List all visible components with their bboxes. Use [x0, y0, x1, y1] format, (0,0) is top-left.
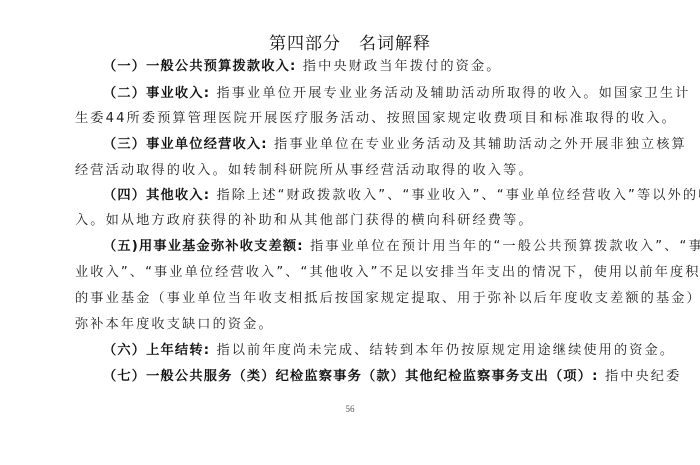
- definition-text: 业收入”、“事业单位经营收入”、“其他收入”不足以安排当年支出的情况下，使用以前…: [75, 265, 700, 280]
- definition-fund-supplement-line-1: （五)用事业基金弥补收支差额: 指事业单位在预计用当年的“一般公共预算拨款收入”…: [103, 238, 631, 256]
- definition-operating-income-line-2: 经营活动取得的收入。如转制科研院所从事经营活动取得的收入等。: [75, 162, 631, 180]
- title-part: 第四部分: [269, 34, 341, 54]
- definition-text: 的事业基金（事业单位当年收支相抵后按国家规定提取、用于弥补以后年度收支差额的基金…: [75, 291, 700, 306]
- definition-fund-supplement-line-4: 弥补本年度收支缺口的资金。: [75, 316, 631, 334]
- term: （五)用事业基金弥补收支差额:: [103, 239, 304, 254]
- definition-text: 指以前年度尚未完成、结转到本年仍按原规定用途继续使用的资金。: [210, 343, 675, 358]
- definition-text: 指除上述“财政拨款收入”、“事业收入”、“事业单位经营收入”等以外的收: [210, 188, 700, 203]
- definition-business-income-line-2: 生委44所委预算管理医院开展医疗服务活动、按照国家规定收费项目和标准取得的收入。: [75, 110, 631, 128]
- page-number: 56: [0, 404, 700, 414]
- definition-text: 指事业单位开展专业业务活动及辅助活动所取得的收入。如国家卫生计: [210, 86, 690, 101]
- definition-text: 指中央纪委: [599, 369, 682, 384]
- definition-text: 入。如从地方政府获得的补助和从其他部门获得的横向科研经费等。: [75, 213, 534, 228]
- definition-business-income-line-1: （二）事业收入: 指事业单位开展专业业务活动及辅助活动所取得的收入。如国家卫生计: [103, 85, 631, 103]
- term: （二）事业收入:: [103, 86, 210, 101]
- term: （六）上年结转:: [103, 343, 210, 358]
- definition-other-income-line-2: 入。如从地方政府获得的补助和从其他部门获得的横向科研经费等。: [75, 212, 631, 230]
- term: （七）一般公共服务（类）纪检监察事务（款）其他纪检监察事务支出（项）:: [103, 369, 599, 384]
- definition-fund-supplement-line-3: 的事业基金（事业单位当年收支相抵后按国家规定提取、用于弥补以后年度收支差额的基金…: [75, 290, 631, 308]
- definition-fund-supplement-line-2: 业收入”、“事业单位经营收入”、“其他收入”不足以安排当年支出的情况下，使用以前…: [75, 264, 631, 282]
- definition-other-income-line-1: （四）其他收入: 指除上述“财政拨款收入”、“事业收入”、“事业单位经营收入”等…: [103, 187, 631, 205]
- definition-operating-income-line-1: （三）事业单位经营收入: 指事业单位在专业业务活动及其辅助活动之外开展非独立核算: [103, 136, 631, 154]
- definition-text: 指事业单位在预计用当年的“一般公共预算拨款收入”、“事: [304, 239, 700, 254]
- definition-discipline-inspection-line-1: （七）一般公共服务（类）纪检监察事务（款）其他纪检监察事务支出（项）: 指中央纪…: [103, 368, 631, 386]
- definition-text: 指中央财政当年拨付的资金。: [297, 59, 502, 74]
- term: （四）其他收入:: [103, 188, 210, 203]
- document-page: 第四部分名词解释 （一）一般公共预算拨款收入: 指中央财政当年拨付的资金。 （二…: [0, 0, 700, 465]
- definition-text: 指事业单位在专业业务活动及其辅助活动之外开展非独立核算: [268, 137, 687, 152]
- term: （一）一般公共预算拨款收入:: [103, 59, 297, 74]
- definition-text: 弥补本年度收支缺口的资金。: [75, 317, 274, 332]
- definition-text: 生委44所委预算管理医院开展医疗服务活动、按照国家规定收费项目和标准取得的收入。: [75, 111, 677, 126]
- definition-text: 经营活动取得的收入。如转制科研院所从事经营活动取得的收入等。: [75, 163, 534, 178]
- page-title: 第四部分名词解释: [0, 29, 700, 54]
- term: （三）事业单位经营收入:: [103, 137, 268, 152]
- definition-carryover-line-1: （六）上年结转: 指以前年度尚未完成、结转到本年仍按原规定用途继续使用的资金。: [103, 342, 631, 360]
- definition-general-budget-line-1: （一）一般公共预算拨款收入: 指中央财政当年拨付的资金。: [103, 58, 631, 76]
- title-name: 名词解释: [359, 34, 431, 54]
